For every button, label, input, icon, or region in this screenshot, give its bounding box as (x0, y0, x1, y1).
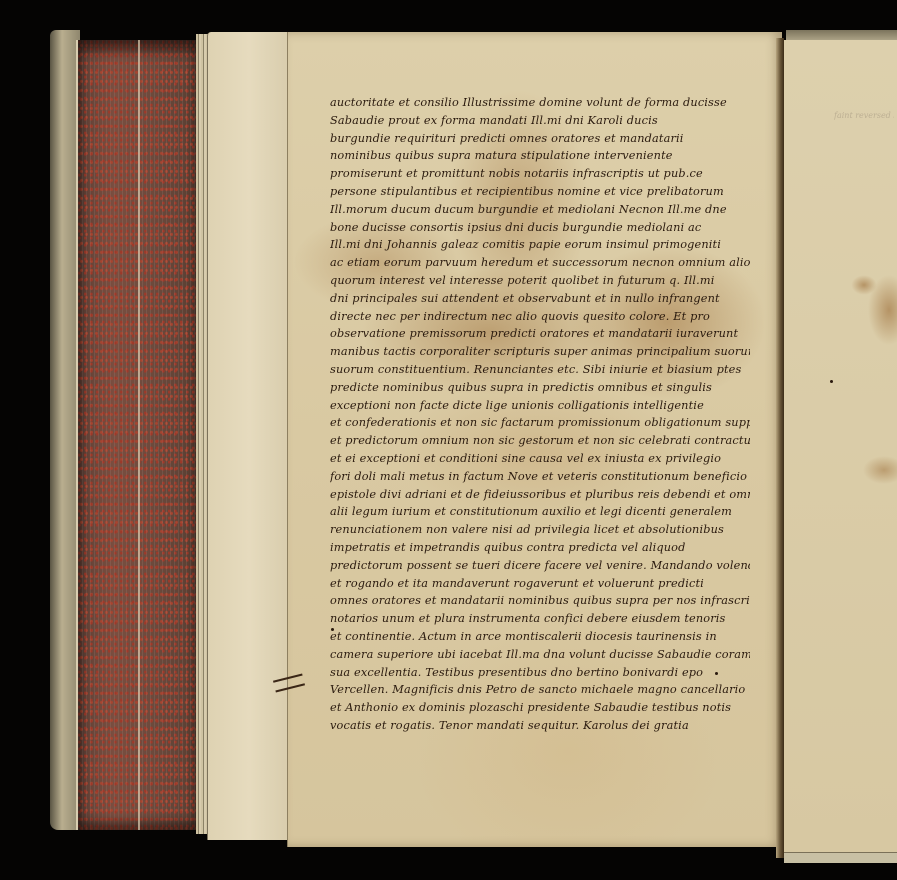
manuscript-line: et predictorum omnium non sic gestorum e… (330, 432, 750, 450)
facing-page: faint reversed script from recto (784, 40, 897, 858)
manuscript-line: persone stipulantibus et recipientibus n… (330, 183, 750, 201)
manuscript-line: ac etiam eorum parvuum heredum et succes… (330, 254, 750, 272)
manuscript-line: exceptioni non facte dicte lige unionis … (330, 397, 750, 415)
manuscript-line: alii legum iurium et constitutionum auxi… (330, 503, 750, 521)
manuscript-line: fori doli mali metus in factum Nove et v… (330, 468, 750, 486)
manuscript-line: auctoritate et consilio Illustrissime do… (330, 94, 750, 112)
manuscript-line: directe nec per indirectum nec alio quov… (330, 308, 750, 326)
manuscript-line: bone ducisse consortis ipsius dni ducis … (330, 219, 750, 237)
bleed-through-text: faint reversed script from recto (834, 110, 894, 122)
manuscript-line: omnes oratores et mandatarii nominibus q… (330, 592, 750, 610)
manuscript-line: nominibus quibus supra matura stipulatio… (330, 147, 750, 165)
book-cover-bottom-right (784, 852, 897, 863)
manuscript-line: epistole divi adriani et de fideiussorib… (330, 486, 750, 504)
red-speckled-page-edges (76, 40, 201, 830)
manuscript-line: burgundie requirituri predicti omnes ora… (330, 130, 750, 148)
manuscript-line: renunciationem non valere nisi ad privil… (330, 521, 750, 539)
manuscript-line: Ill.mi dni Johannis galeaz comitis papie… (330, 236, 750, 254)
manuscript-line: camera superiore ubi iacebat Ill.ma dna … (330, 646, 750, 664)
page-block-split (138, 40, 140, 830)
manuscript-text: auctoritate et consilio Illustrissime do… (330, 94, 750, 735)
manuscript-line: suorum constituentium. Renunciantes etc.… (330, 361, 750, 379)
manuscript-line: dni principales sui attendent et observa… (330, 290, 750, 308)
manuscript-line: notarios unum et plura instrumenta confi… (330, 610, 750, 628)
ink-dot (830, 380, 833, 383)
manuscript-line: et ei exceptioni et conditioni sine caus… (330, 450, 750, 468)
manuscript-line: quorum interest vel interesse poterit qu… (330, 272, 750, 290)
manuscript-line: sua excellentia. Testibus presentibus dn… (330, 664, 750, 682)
manuscript-line: observatione premissorum predicti orator… (330, 325, 750, 343)
manuscript-line: et continentie. Actum in arce montiscale… (330, 628, 750, 646)
manuscript-line: Ill.morum ducum ducum burgundie et medio… (330, 201, 750, 219)
book-gutter (776, 38, 784, 858)
manuscript-line: predicte nominibus quibus supra in predi… (330, 379, 750, 397)
manuscript-line: promiserunt et promittunt nobis notariis… (330, 165, 750, 183)
manuscript-line: manibus tactis corporaliter scripturis s… (330, 343, 750, 361)
manuscript-line: impetratis et impetrandis quibus contra … (330, 539, 750, 557)
manuscript-line: et rogando et ita mandaverunt rogaverunt… (330, 575, 750, 593)
ink-dot (331, 628, 334, 631)
manuscript-line: et Anthonio ex dominis plozaschi preside… (330, 699, 750, 717)
manuscript-line: et confederationis et non sic factarum p… (330, 414, 750, 432)
ink-dot (715, 672, 718, 675)
manuscript-photo: auctoritate et consilio Illustrissime do… (0, 0, 897, 880)
manuscript-line: vocatis et rogatis. Tenor mandati sequit… (330, 717, 750, 735)
manuscript-line: predictorum possent se tueri dicere face… (330, 557, 750, 575)
manuscript-page: auctoritate et consilio Illustrissime do… (287, 32, 782, 847)
manuscript-line: Sabaudie prout ex forma mandati Ill.mi d… (330, 112, 750, 130)
manuscript-line: Vercellen. Magnificis dnis Petro de sanc… (330, 681, 750, 699)
guard-leaf (207, 32, 290, 840)
